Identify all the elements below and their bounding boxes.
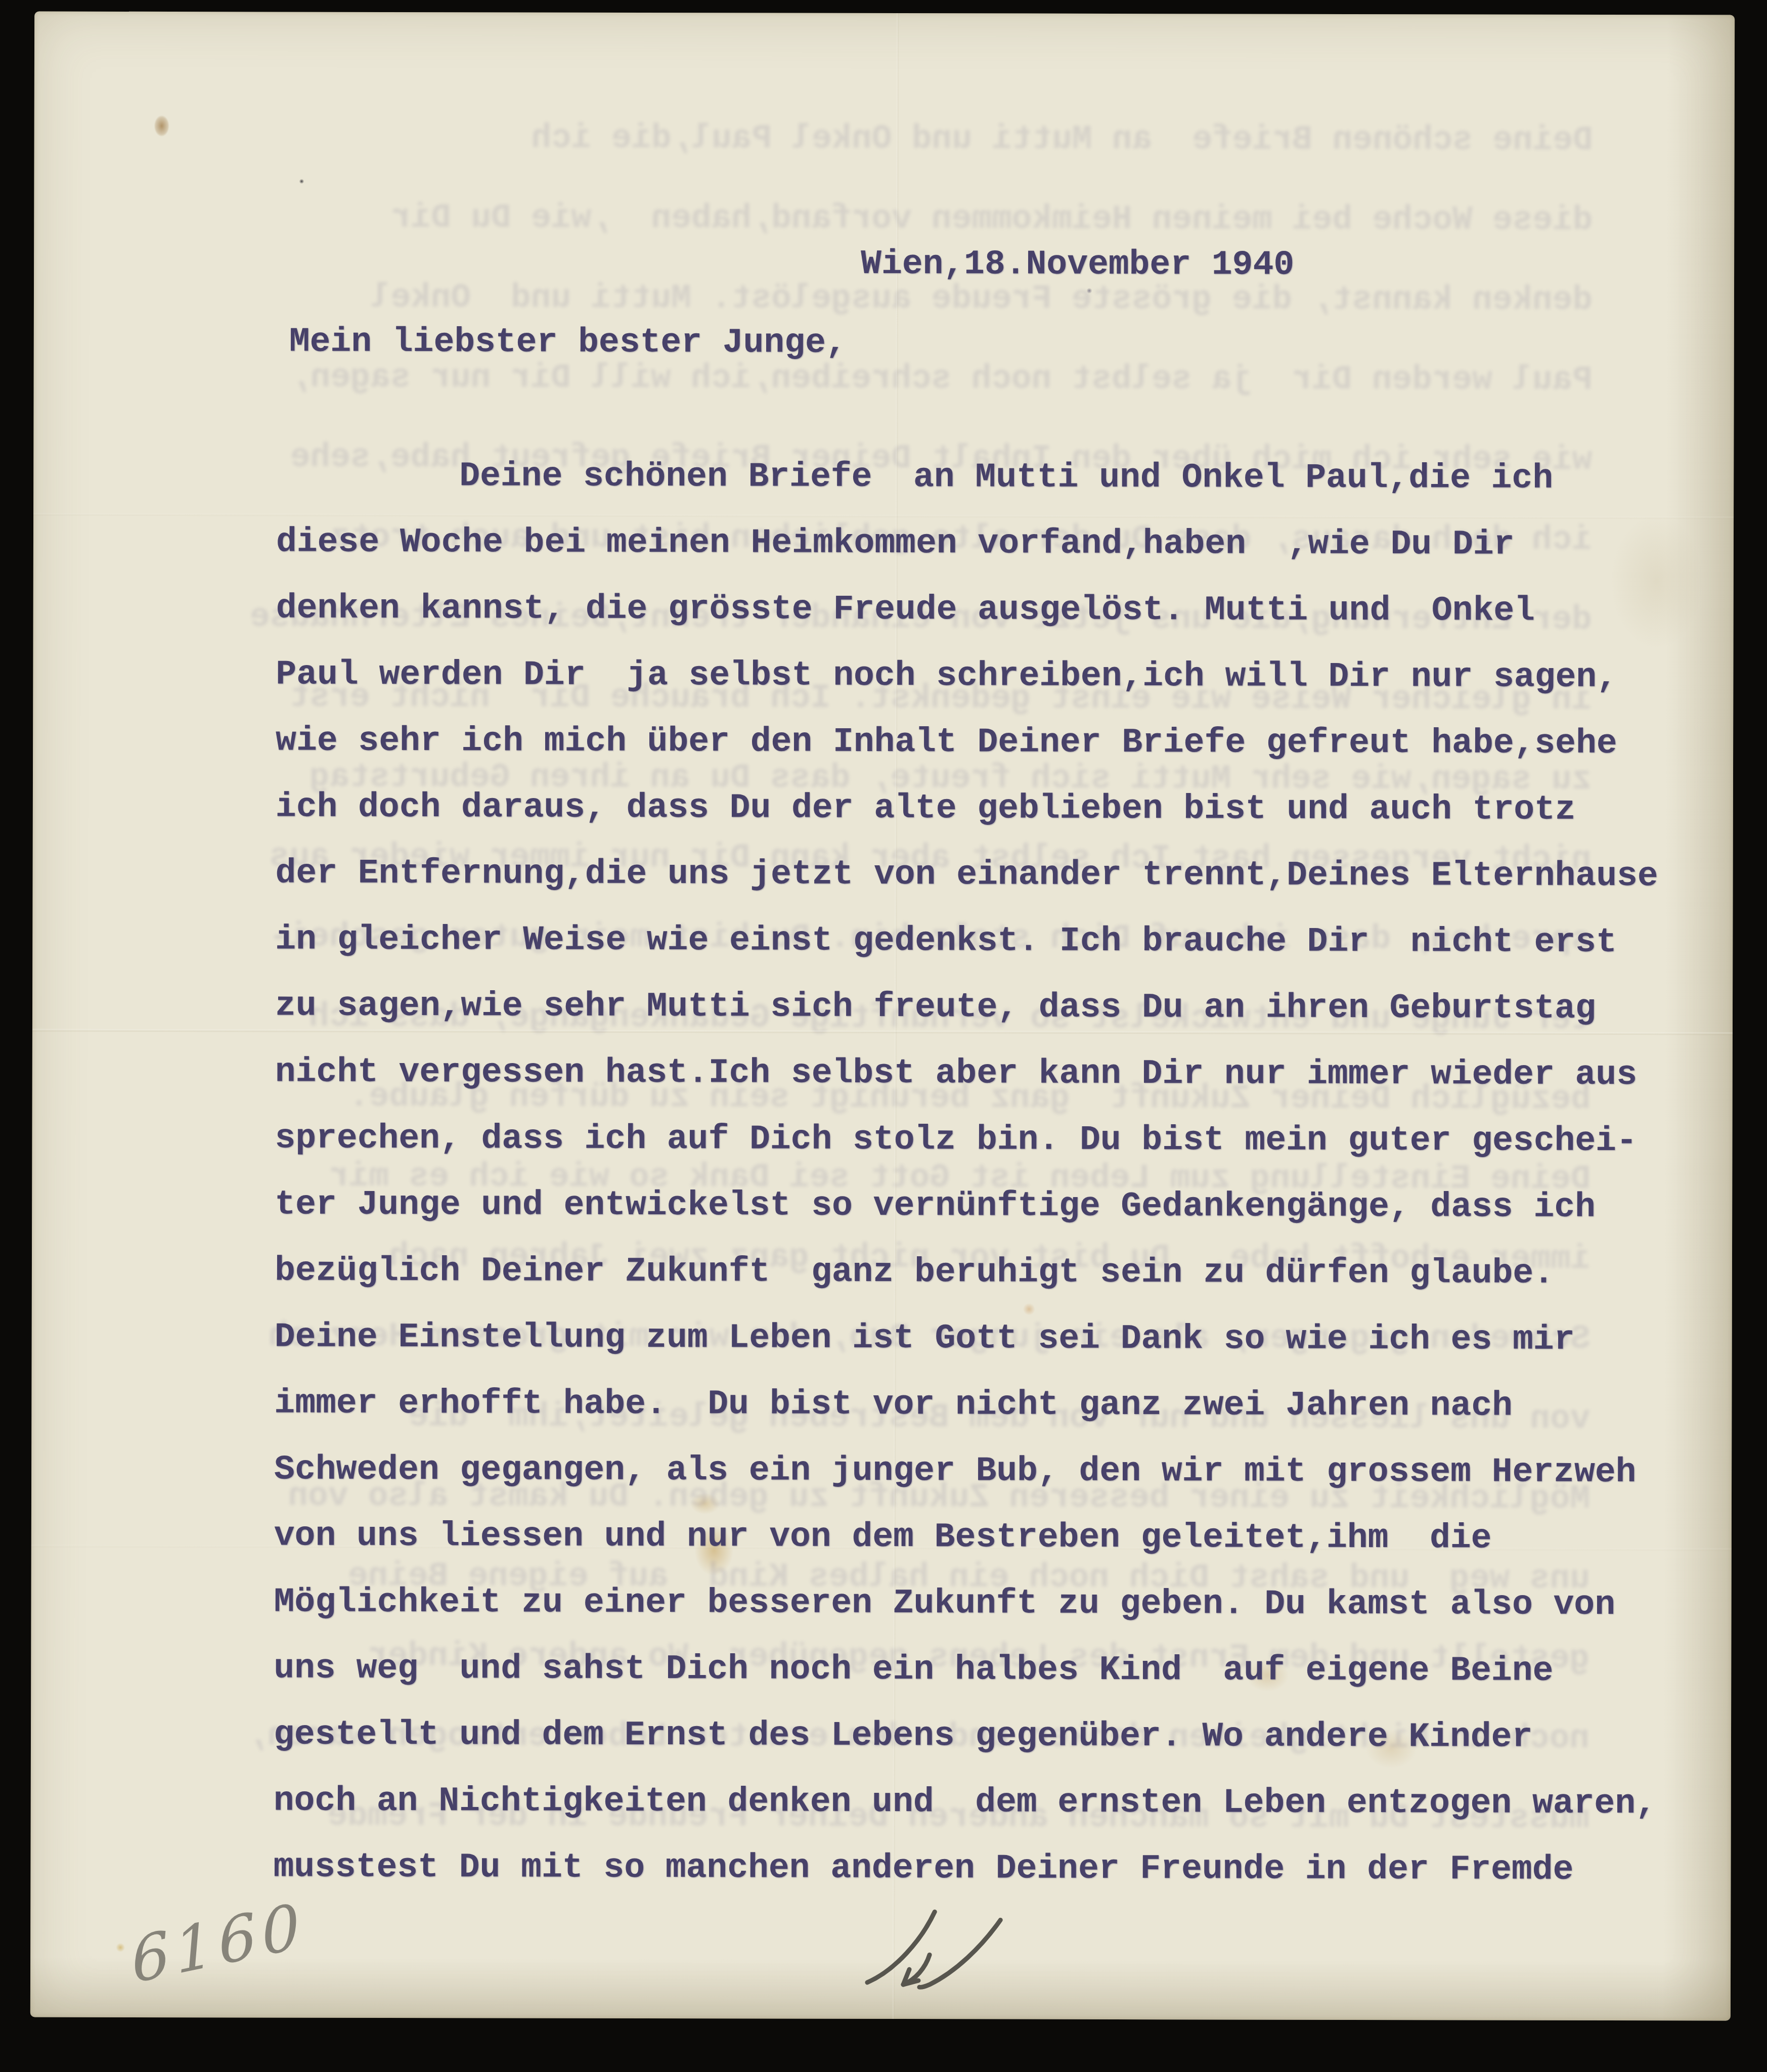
letter-page: Deine schönen Briefe an Mutti und Onkel … [30,11,1735,2020]
typed-line: Paul werden Dir ja selbst noch schreiben… [276,641,1703,711]
ghost-line: Deine schönen Briefe an Mutti und Onkel … [251,98,1593,181]
typed-line: ter Junge und entwickelst so vernünftige… [275,1171,1702,1241]
typed-line: Schweden gegangen, als ein junger Bub, d… [274,1436,1701,1506]
typed-line: Deine schönen Briefe an Mutti und Onkel … [276,443,1703,512]
salutation: Mein liebster bester Junge, [289,320,847,366]
typed-line: ich doch daraus, dass Du der alte geblie… [276,774,1703,843]
typed-line: der Entfernung,die uns jetzt von einande… [275,840,1702,909]
typed-line: wie sehr ich mich über den Inhalt Deiner… [276,708,1703,777]
handwritten-archive-number: 6160 [128,1889,309,1997]
typed-line: sprechen, dass ich auf Dich stolz bin. D… [275,1105,1702,1174]
typed-line: uns weg und sahst Dich noch ein halbes K… [274,1635,1701,1704]
typed-line: Deine Einstellung zum Leben ist Gott sei… [275,1304,1702,1373]
dateline: Wien,18.November 1940 [861,242,1294,288]
typed-line: nicht vergessen hast.Ich selbst aber kan… [275,1039,1702,1108]
photo-background: { "letter": { "dateline": "Wien,18.Novem… [0,0,1767,2072]
typed-line: diese Woche bei meinen Heimkommen vorfan… [276,509,1703,578]
typed-line: gestellt und dem Ernst des Lebens gegenü… [274,1701,1701,1771]
typed-line: denken kannst, die grösste Freude ausgel… [276,575,1703,644]
typed-line: von uns liessen und nur von dem Bestrebe… [274,1503,1701,1572]
typed-line: musstest Du mit so manchen anderen Deine… [273,1834,1700,1903]
typed-line: Möglichkeit zu einer besseren Zukunft zu… [274,1569,1701,1638]
pen-squiggle-mark [865,1905,1017,2006]
typed-line: bezüglich Deiner Zukunft ganz beruhigt s… [275,1238,1702,1307]
typed-line: noch an Nichtigkeiten denken und dem ern… [274,1768,1701,1837]
typed-line: zu sagen,wie sehr Mutti sich freute, das… [275,973,1702,1042]
letter-body: Deine schönen Briefe an Mutti und Onkel … [273,443,1703,1903]
typed-line: in gleicher Weise wie einst gedenkst. Ic… [275,906,1702,976]
typed-line: immer erhofft habe. Du bist vor nicht ga… [274,1370,1701,1439]
